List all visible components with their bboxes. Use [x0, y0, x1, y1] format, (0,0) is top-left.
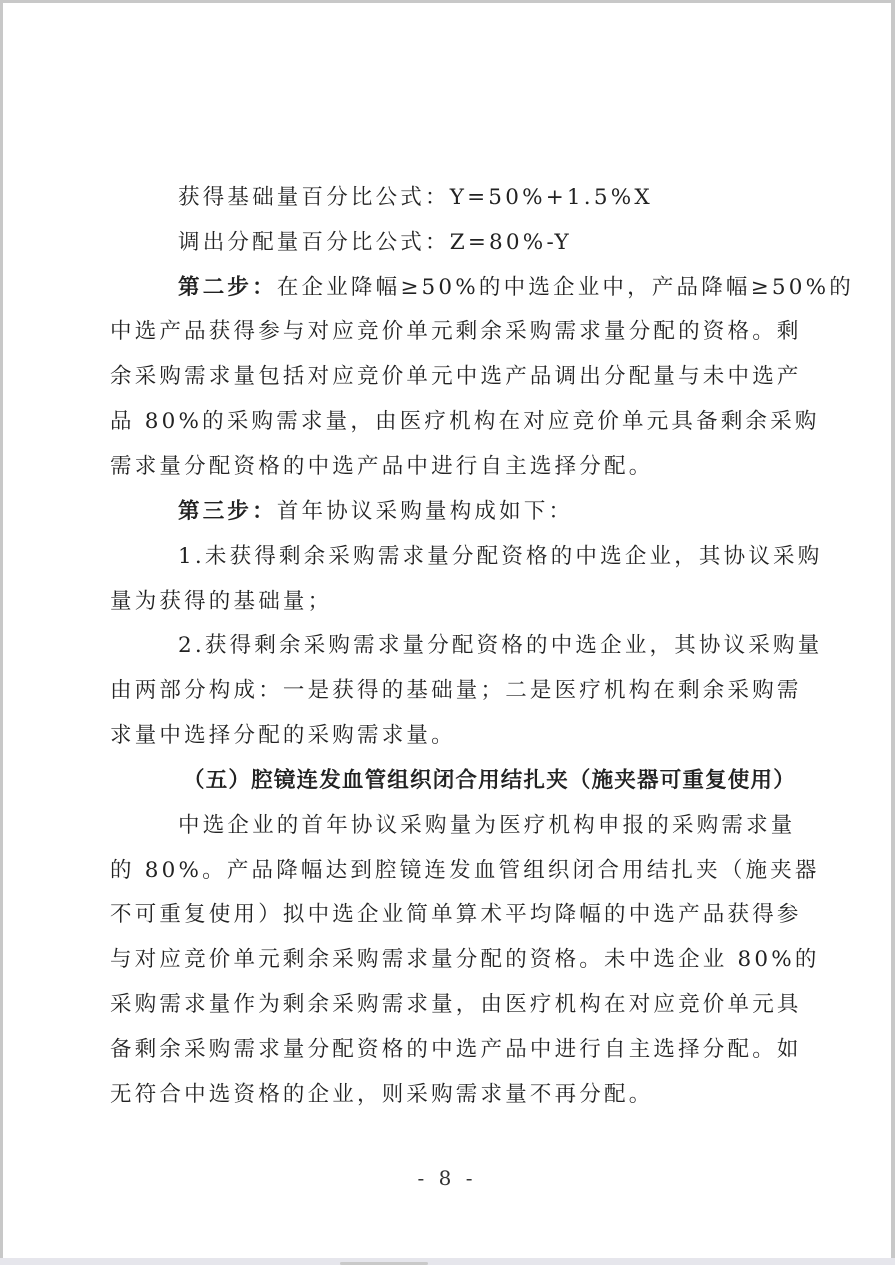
text-line: 余采购需求量包括对应竞价单元中选产品调出分配量与未中选产 [110, 362, 790, 392]
text-line: 品 80%的采购需求量，由医疗机构在对应竞价单元具备剩余采购 [110, 407, 790, 437]
formula-allocation: 调出分配量百分比公式：Z=80%-Y [178, 228, 858, 258]
formula-base-quantity: 获得基础量百分比公式：Y=50%+1.5%X [178, 183, 858, 213]
text-line: 需求量分配资格的中选产品中进行自主选择分配。 [110, 452, 790, 482]
text-line: 不可重复使用）拟中选企业简单算术平均降幅的中选产品获得参 [110, 900, 790, 930]
page-number: - 8 - [3, 1166, 891, 1190]
step-three-text: 首年协议采购量构成如下： [277, 499, 573, 524]
section-paragraph: 中选企业的首年协议采购量为医疗机构申报的采购需求量 [178, 811, 858, 841]
text-line: 备剩余采购需求量分配资格的中选产品中进行自主选择分配。如 [110, 1035, 790, 1065]
step-two-paragraph: 第二步：在企业降幅≥50%的中选企业中，产品降幅≥50%的 [178, 273, 858, 303]
text-line: 量为获得的基础量； [110, 587, 790, 617]
horizontal-scrollbar[interactable] [0, 1258, 895, 1265]
step-two-label: 第二步： [178, 275, 277, 300]
step-three-label: 第三步： [178, 499, 277, 524]
text-line: 求量中选择分配的采购需求量。 [110, 721, 790, 751]
list-item-2: 2.获得剩余采购需求量分配资格的中选企业，其协议采购量 [178, 631, 858, 661]
text-line: 无符合中选资格的企业，则采购需求量不再分配。 [110, 1080, 790, 1110]
text-line: 由两部分构成：一是获得的基础量；二是医疗机构在剩余采购需 [110, 676, 790, 706]
list-item-1: 1.未获得剩余采购需求量分配资格的中选企业，其协议采购 [178, 542, 858, 572]
text-line: 中选产品获得参与对应竞价单元剩余采购需求量分配的资格。剩 [110, 317, 790, 347]
section-heading: （五）腔镜连发血管组织闭合用结扎夹（施夹器可重复使用） [183, 766, 863, 796]
text-line: 采购需求量作为剩余采购需求量，由医疗机构在对应竞价单元具 [110, 990, 790, 1020]
step-two-text: 在企业降幅≥50%的中选企业中，产品降幅≥50%的 [277, 275, 854, 300]
step-three-paragraph: 第三步：首年协议采购量构成如下： [178, 497, 858, 527]
document-page: 获得基础量百分比公式：Y=50%+1.5%X 调出分配量百分比公式：Z=80%-… [3, 3, 891, 1258]
text-line: 与对应竞价单元剩余采购需求量分配的资格。未中选企业 80%的 [110, 945, 790, 975]
text-line: 的 80%。产品降幅达到腔镜连发血管组织闭合用结扎夹（施夹器 [110, 856, 790, 886]
